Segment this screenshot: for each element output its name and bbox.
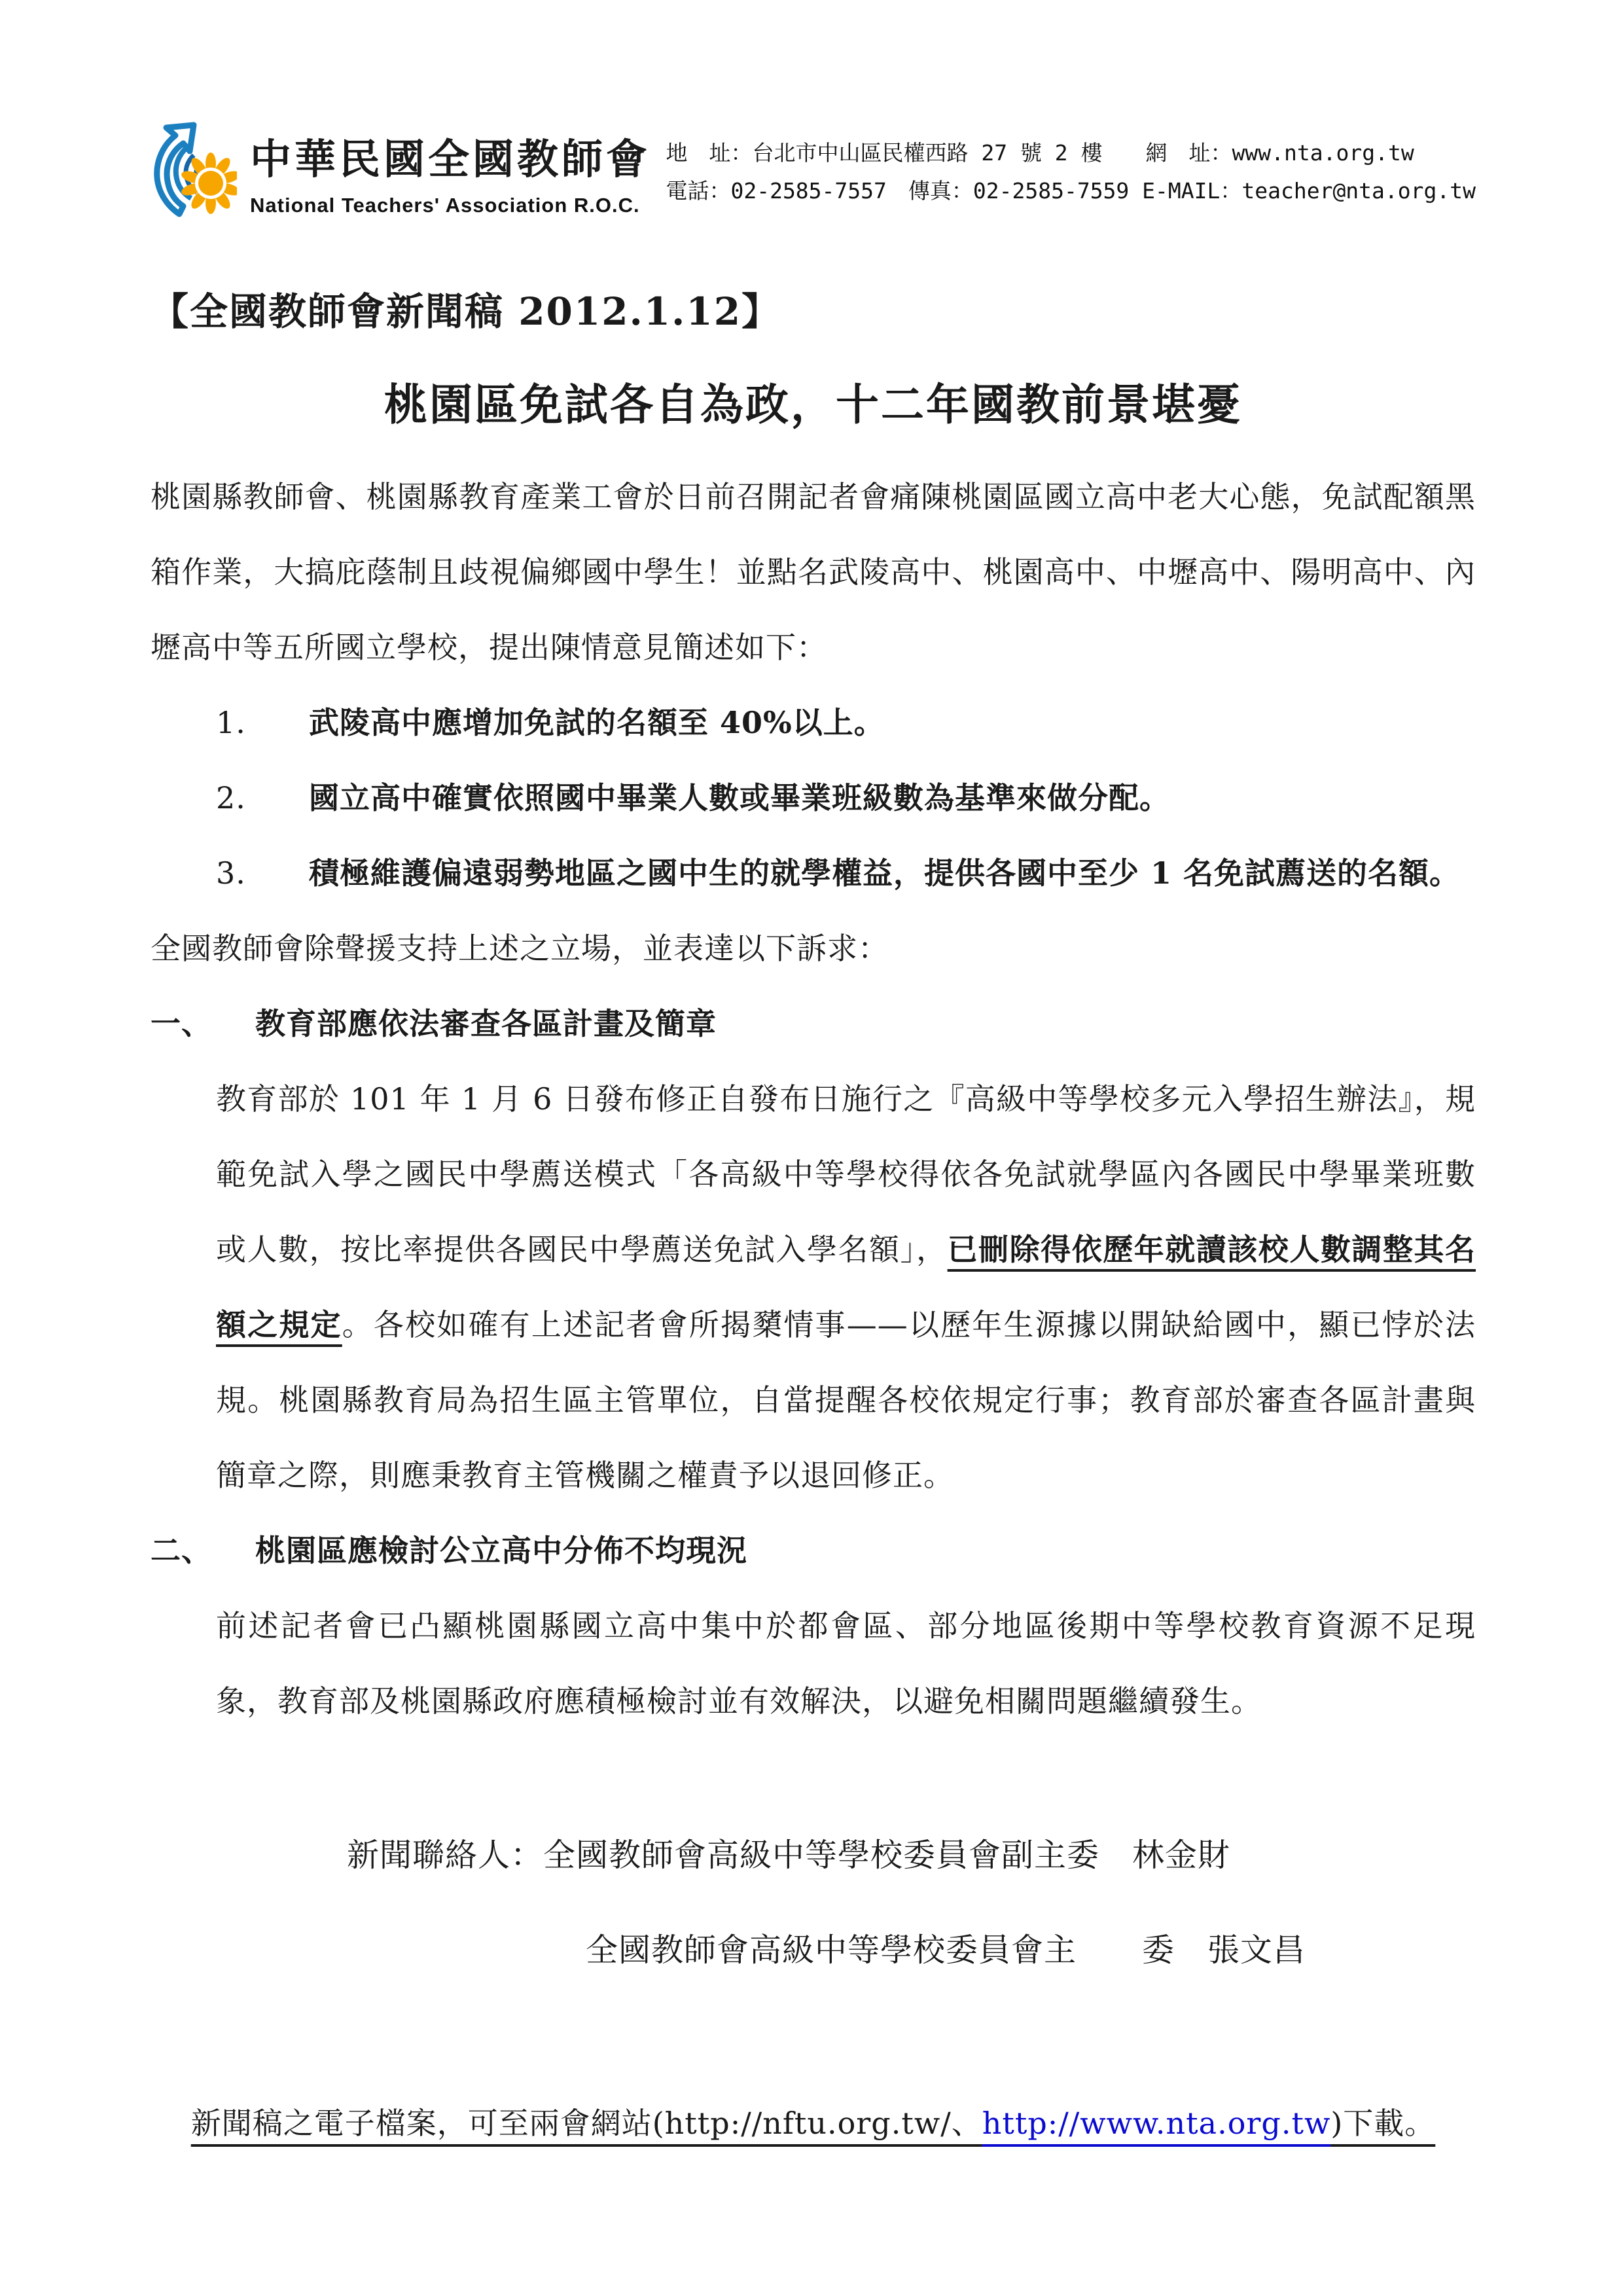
press-release-page: 中華民國全國教師會 National Teachers' Association… (0, 0, 1623, 2296)
press-release-tag: 【全國教師會新聞稿 2012.1.12】 (151, 281, 1476, 336)
section-title: 教育部應依法審查各區計畫及簡章 (255, 1006, 717, 1041)
demand-text: 國立高中確實依照國中畢業人數或畢業班級數為基準來做分配。 (309, 780, 1170, 816)
document-body: 桃園縣教師會、桃園縣教育產業工會於日前召開記者會痛陳桃園區國立高中老大心態，免試… (151, 459, 1476, 1998)
section-2-heading: 二、桃園區應檢討公立高中分佈不均現況 (151, 1513, 1476, 1588)
contact-person-1: 新聞聯絡人：全國教師會高級中等學校委員會副主委 林金財 (151, 1808, 1476, 1903)
section-body-text: 。各校如確有上述記者會所揭櫫情事——以歷年生源據以開缺給國中，顯已悖於法規。桃園… (216, 1307, 1476, 1493)
nta-website-link[interactable]: http://www.nta.org.tw (982, 2106, 1331, 2141)
download-note-text: 新聞稿之電子檔案，可至兩會網站(http://nftu.org.tw/、 (191, 2106, 982, 2141)
section-2-body: 前述記者會已凸顯桃園縣國立高中集中於都會區、部分地區後期中等學校教育資源不足現象… (151, 1588, 1476, 1739)
letterhead: 中華民國全國教師會 National Teachers' Association… (151, 121, 1476, 221)
demand-number: 2. (216, 761, 309, 836)
demand-text: 武陵高中應增加免試的名額至 40%以上。 (309, 705, 885, 740)
org-name-en: National Teachers' Association R.O.C. (250, 194, 651, 217)
nta-logo-icon (151, 121, 237, 221)
org-names: 中華民國全國教師會 National Teachers' Association… (250, 121, 651, 217)
section-title: 桃園區應檢討公立高中分佈不均現況 (255, 1533, 747, 1568)
support-statement: 全國教師會除聲援支持上述之立場，並表達以下訴求： (151, 911, 1476, 986)
org-logo: 中華民國全國教師會 National Teachers' Association… (151, 121, 651, 221)
intro-paragraph: 桃園縣教師會、桃園縣教育產業工會於日前召開記者會痛陳桃園區國立高中老大心態，免試… (151, 459, 1476, 685)
download-note-text: )下載。 (1330, 2106, 1435, 2141)
section-label: 一、 (151, 986, 255, 1062)
org-address-line: 地 址：台北市中山區民權西路 27 號 2 樓 網 址：www.nta.org.… (666, 134, 1476, 172)
demand-number: 1. (216, 685, 309, 761)
demand-item-1: 1.武陵高中應增加免試的名額至 40%以上。 (151, 685, 1476, 761)
contact-person-2: 全國教師會高級中等學校委員會主 委 張文昌 (151, 1903, 1476, 1998)
download-note: 新聞稿之電子檔案，可至兩會網站(http://nftu.org.tw/、http… (151, 2100, 1476, 2143)
org-contact-info: 地 址：台北市中山區民權西路 27 號 2 樓 網 址：www.nta.org.… (666, 134, 1476, 210)
org-phone-line: 電話：02-2585-7557 傳真：02-2585-7559 E-MAIL：t… (666, 172, 1476, 210)
org-name-zh: 中華民國全國教師會 (250, 126, 651, 186)
section-body-text: 前述記者會已凸顯桃園縣國立高中集中於都會區、部分地區後期中等學校教育資源不足現象… (216, 1608, 1476, 1719)
demand-number: 3. (216, 836, 309, 911)
section-label: 二、 (151, 1513, 255, 1588)
headline: 桃園區免試各自為政，十二年國教前景堪憂 (151, 370, 1476, 432)
section-1-heading: 一、教育部應依法審查各區計畫及簡章 (151, 986, 1476, 1062)
press-contacts: 新聞聯絡人：全國教師會高級中等學校委員會副主委 林金財 全國教師會高級中等學校委… (151, 1808, 1476, 1998)
demand-item-2: 2.國立高中確實依照國中畢業人數或畢業班級數為基準來做分配。 (151, 761, 1476, 836)
demand-item-3: 3.積極維護偏遠弱勢地區之國中生的就學權益，提供各國中至少 1 名免試薦送的名額… (151, 836, 1476, 911)
demand-text: 積極維護偏遠弱勢地區之國中生的就學權益，提供各國中至少 1 名免試薦送的名額。 (309, 855, 1460, 891)
section-1-body: 教育部於 101 年 1 月 6 日發布修正自發布日施行之『高級中等學校多元入學… (151, 1062, 1476, 1513)
